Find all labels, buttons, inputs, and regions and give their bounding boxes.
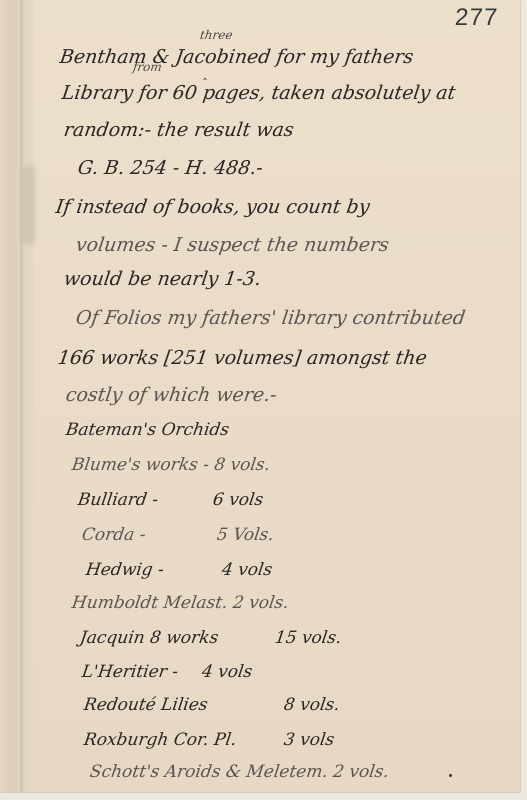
text-line: Bentham & Jacobined for my fathers bbox=[58, 46, 414, 68]
text-line: G. B. 254 - H. 488.- bbox=[76, 157, 264, 179]
insertion-caret: ‸ bbox=[203, 66, 207, 80]
text-line: random:- the result was bbox=[62, 119, 295, 141]
folio-vols: 6 vols bbox=[212, 490, 265, 510]
text-line: costly of which were.- bbox=[64, 384, 278, 406]
folio-item: Schott's Aroids & Meletem. 2 vols. bbox=[89, 762, 391, 782]
text-line: 166 works [251 volumes] amongst the bbox=[56, 347, 428, 369]
folio-vols: 15 vols. bbox=[274, 628, 343, 648]
folio-item: Blume's works - 8 vols. bbox=[71, 455, 272, 475]
folio-title: Redouté Lilies bbox=[83, 695, 209, 715]
ink-speck bbox=[449, 774, 452, 777]
folio-item: Roxburgh Cor. Pl. 3 vols bbox=[83, 730, 238, 750]
folio-item: L'Heritier - 4 vols bbox=[81, 662, 180, 682]
folio-vols: 2 vols. bbox=[232, 593, 290, 613]
text-line: Library for 60 pages, taken absolutely a… bbox=[60, 82, 456, 104]
folio-item: Redouté Lilies 8 vols. bbox=[83, 695, 209, 715]
folio-title: Bateman's Orchids bbox=[65, 420, 231, 440]
folio-title: L'Heritier - bbox=[81, 662, 180, 682]
folio-vols: 3 vols bbox=[283, 730, 336, 750]
fold-line bbox=[20, 0, 23, 792]
folio-title: Bulliard - bbox=[77, 490, 160, 510]
folio-title: Schott's Aroids & Meletem. bbox=[89, 762, 330, 782]
folio-title: Blume's works - bbox=[71, 455, 211, 475]
folio-vols: 5 Vols. bbox=[216, 525, 276, 545]
text-line: volumes - I suspect the numbers bbox=[74, 234, 390, 256]
folio-vols: 4 vols bbox=[201, 662, 254, 682]
folio-vols: 2 vols. bbox=[332, 762, 390, 782]
folio-item: Jacquin 8 works 15 vols. bbox=[79, 628, 220, 648]
folio-vols: 8 vols. bbox=[283, 695, 341, 715]
folio-vols: 8 vols. bbox=[213, 455, 271, 475]
text-line: Of Folios my fathers' library contribute… bbox=[74, 307, 466, 329]
text-line: If instead of books, you count by bbox=[54, 196, 371, 218]
folio-item: Hedwig - 4 vols bbox=[85, 560, 166, 580]
folio-title: Jacquin 8 works bbox=[79, 628, 220, 648]
page-number: 277 bbox=[454, 4, 499, 32]
folio-vols: 4 vols bbox=[221, 560, 274, 580]
folio-item: Bulliard - 6 vols bbox=[77, 490, 160, 510]
manuscript-page: 277 three from ‸ Bentham & Jacobined for… bbox=[0, 0, 520, 792]
folio-title: Corda - bbox=[81, 525, 147, 545]
folio-title: Humboldt Melast. bbox=[71, 593, 229, 613]
folio-title: Hedwig - bbox=[85, 560, 166, 580]
ink-smudge bbox=[22, 165, 36, 245]
folio-item: Bateman's Orchids bbox=[65, 420, 231, 440]
folio-title: Roxburgh Cor. Pl. bbox=[83, 730, 238, 750]
insertion-three: three bbox=[199, 28, 233, 42]
text-line: would be nearly 1-3. bbox=[62, 268, 262, 290]
folio-item: Humboldt Melast. 2 vols. bbox=[71, 593, 290, 613]
folio-item: Corda - 5 Vols. bbox=[81, 525, 147, 545]
